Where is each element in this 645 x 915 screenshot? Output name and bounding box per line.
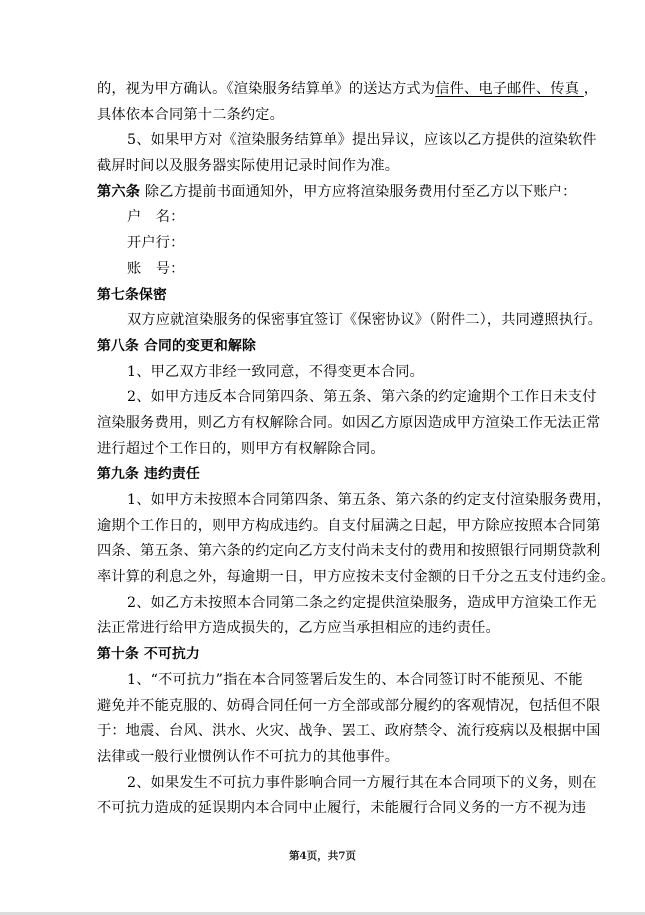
paragraph-line: 5、如果甲方对《渲染服务结算单》提出异议，应该以乙方提供的渲染软件 [97,128,555,154]
article-8-heading: 第八条 合同的变更和解除 [97,334,555,360]
paragraph-line: 法正常进行给甲方造成损失的，乙方应当承担相应的违约责任。 [97,616,555,642]
bank-field: 开户行： [97,231,555,257]
paragraph-line: 逾期个工作日的，则甲方构成违约。自支付届满之日起，甲方除应按照本合同第 [97,514,555,540]
article-6-heading-line: 第六条 除乙方提前书面通知外，甲方应将渲染服务费用付至乙方以下账户： [97,180,555,206]
paragraph-line: 1、“不可抗力”指在本合同签署后发生的、本合同签订时不能预见、不能 [97,668,555,694]
paragraph-line: 于：地震、台风、洪水、火灾、战争、罢工、政府禁令、流行疫病以及根据中国 [97,719,555,745]
page-number-footer: 第4页，共7页 [0,848,645,863]
account-name-field: 户 名： [97,205,555,231]
paragraph-line: 避免并不能克服的、妨碍合同任何一方全部或部分履约的客观情况，包括但不限 [97,694,555,720]
paragraph-line: 不可抗力造成的延误期内本合同中止履行，未能履行合同义务的一方不视为违 [97,796,555,822]
account-number-label: 账 号： [127,261,185,277]
paragraph-line: 1、如甲方未按照本合同第四条、第五条、第六条的约定支付渲染服务费用， [97,488,555,514]
bank-label: 开户行： [127,235,185,251]
paragraph-line: 率计算的利息之外，每逾期一日，甲方应按未支付金额的日千分之五支付违约金。 [97,565,555,591]
paragraph-line: 渲染服务费用，则乙方有权解除合同。如因乙方原因造成甲方渲染工作无法正常 [97,411,555,437]
article-7-heading: 第七条保密 [97,283,555,309]
document-page: 的，视为甲方确认。《渲染服务结算单》的送达方式为信件、电子邮件、传真 ， 具体依… [0,0,645,912]
account-name-label: 户 名： [127,209,185,225]
article-10-heading: 第十条 不可抗力 [97,642,555,668]
account-number-field: 账 号： [97,257,555,283]
text-run: 的，视为甲方确认。《渲染服务结算单》的送达方式为 [97,81,435,97]
article-6-heading: 第六条 [97,184,140,200]
delivery-methods-underlined: 信件、电子邮件、传真 [435,81,584,97]
article-9-heading: 第九条 违约责任 [97,462,555,488]
text-run: ， [584,81,598,97]
paragraph-line: 2、如乙方未按照本合同第二条之约定提供渲染服务，造成甲方渲染工作无 [97,591,555,617]
paragraph-line: 四条、第五条、第六条的约定向乙方支付尚未支付的费用和按照银行同期贷款利 [97,539,555,565]
paragraph-line: 2、如果发生不可抗力事件影响合同一方履行其在本合同项下的义务，则在 [97,771,555,797]
paragraph-line: 1、甲乙双方非经一致同意，不得变更本合同。 [97,360,555,386]
paragraph-line: 截屏时间以及服务器实际使用记录时间作为准。 [97,154,555,180]
paragraph-line: 进行超过个工作日的，则甲方有权解除合同。 [97,437,555,463]
paragraph-line: 具体依本合同第十二条约定。 [97,103,555,129]
paragraph-line: 法律或一般行业惯例认作不可抗力的其他事件。 [97,745,555,771]
paragraph-line: 的，视为甲方确认。《渲染服务结算单》的送达方式为信件、电子邮件、传真 ， [97,77,555,103]
paragraph-line: 2、如甲方违反本合同第四条、第五条、第六条的约定逾期个工作日未支付 [97,385,555,411]
paragraph-line: 双方应就渲染服务的保密事宜签订《保密协议》（附件二），共同遵照执行。 [97,308,555,334]
page-body: 的，视为甲方确认。《渲染服务结算单》的送达方式为信件、电子邮件、传真 ， 具体依… [97,77,555,822]
article-6-text: 除乙方提前书面通知外，甲方应将渲染服务费用付至乙方以下账户： [140,184,576,200]
